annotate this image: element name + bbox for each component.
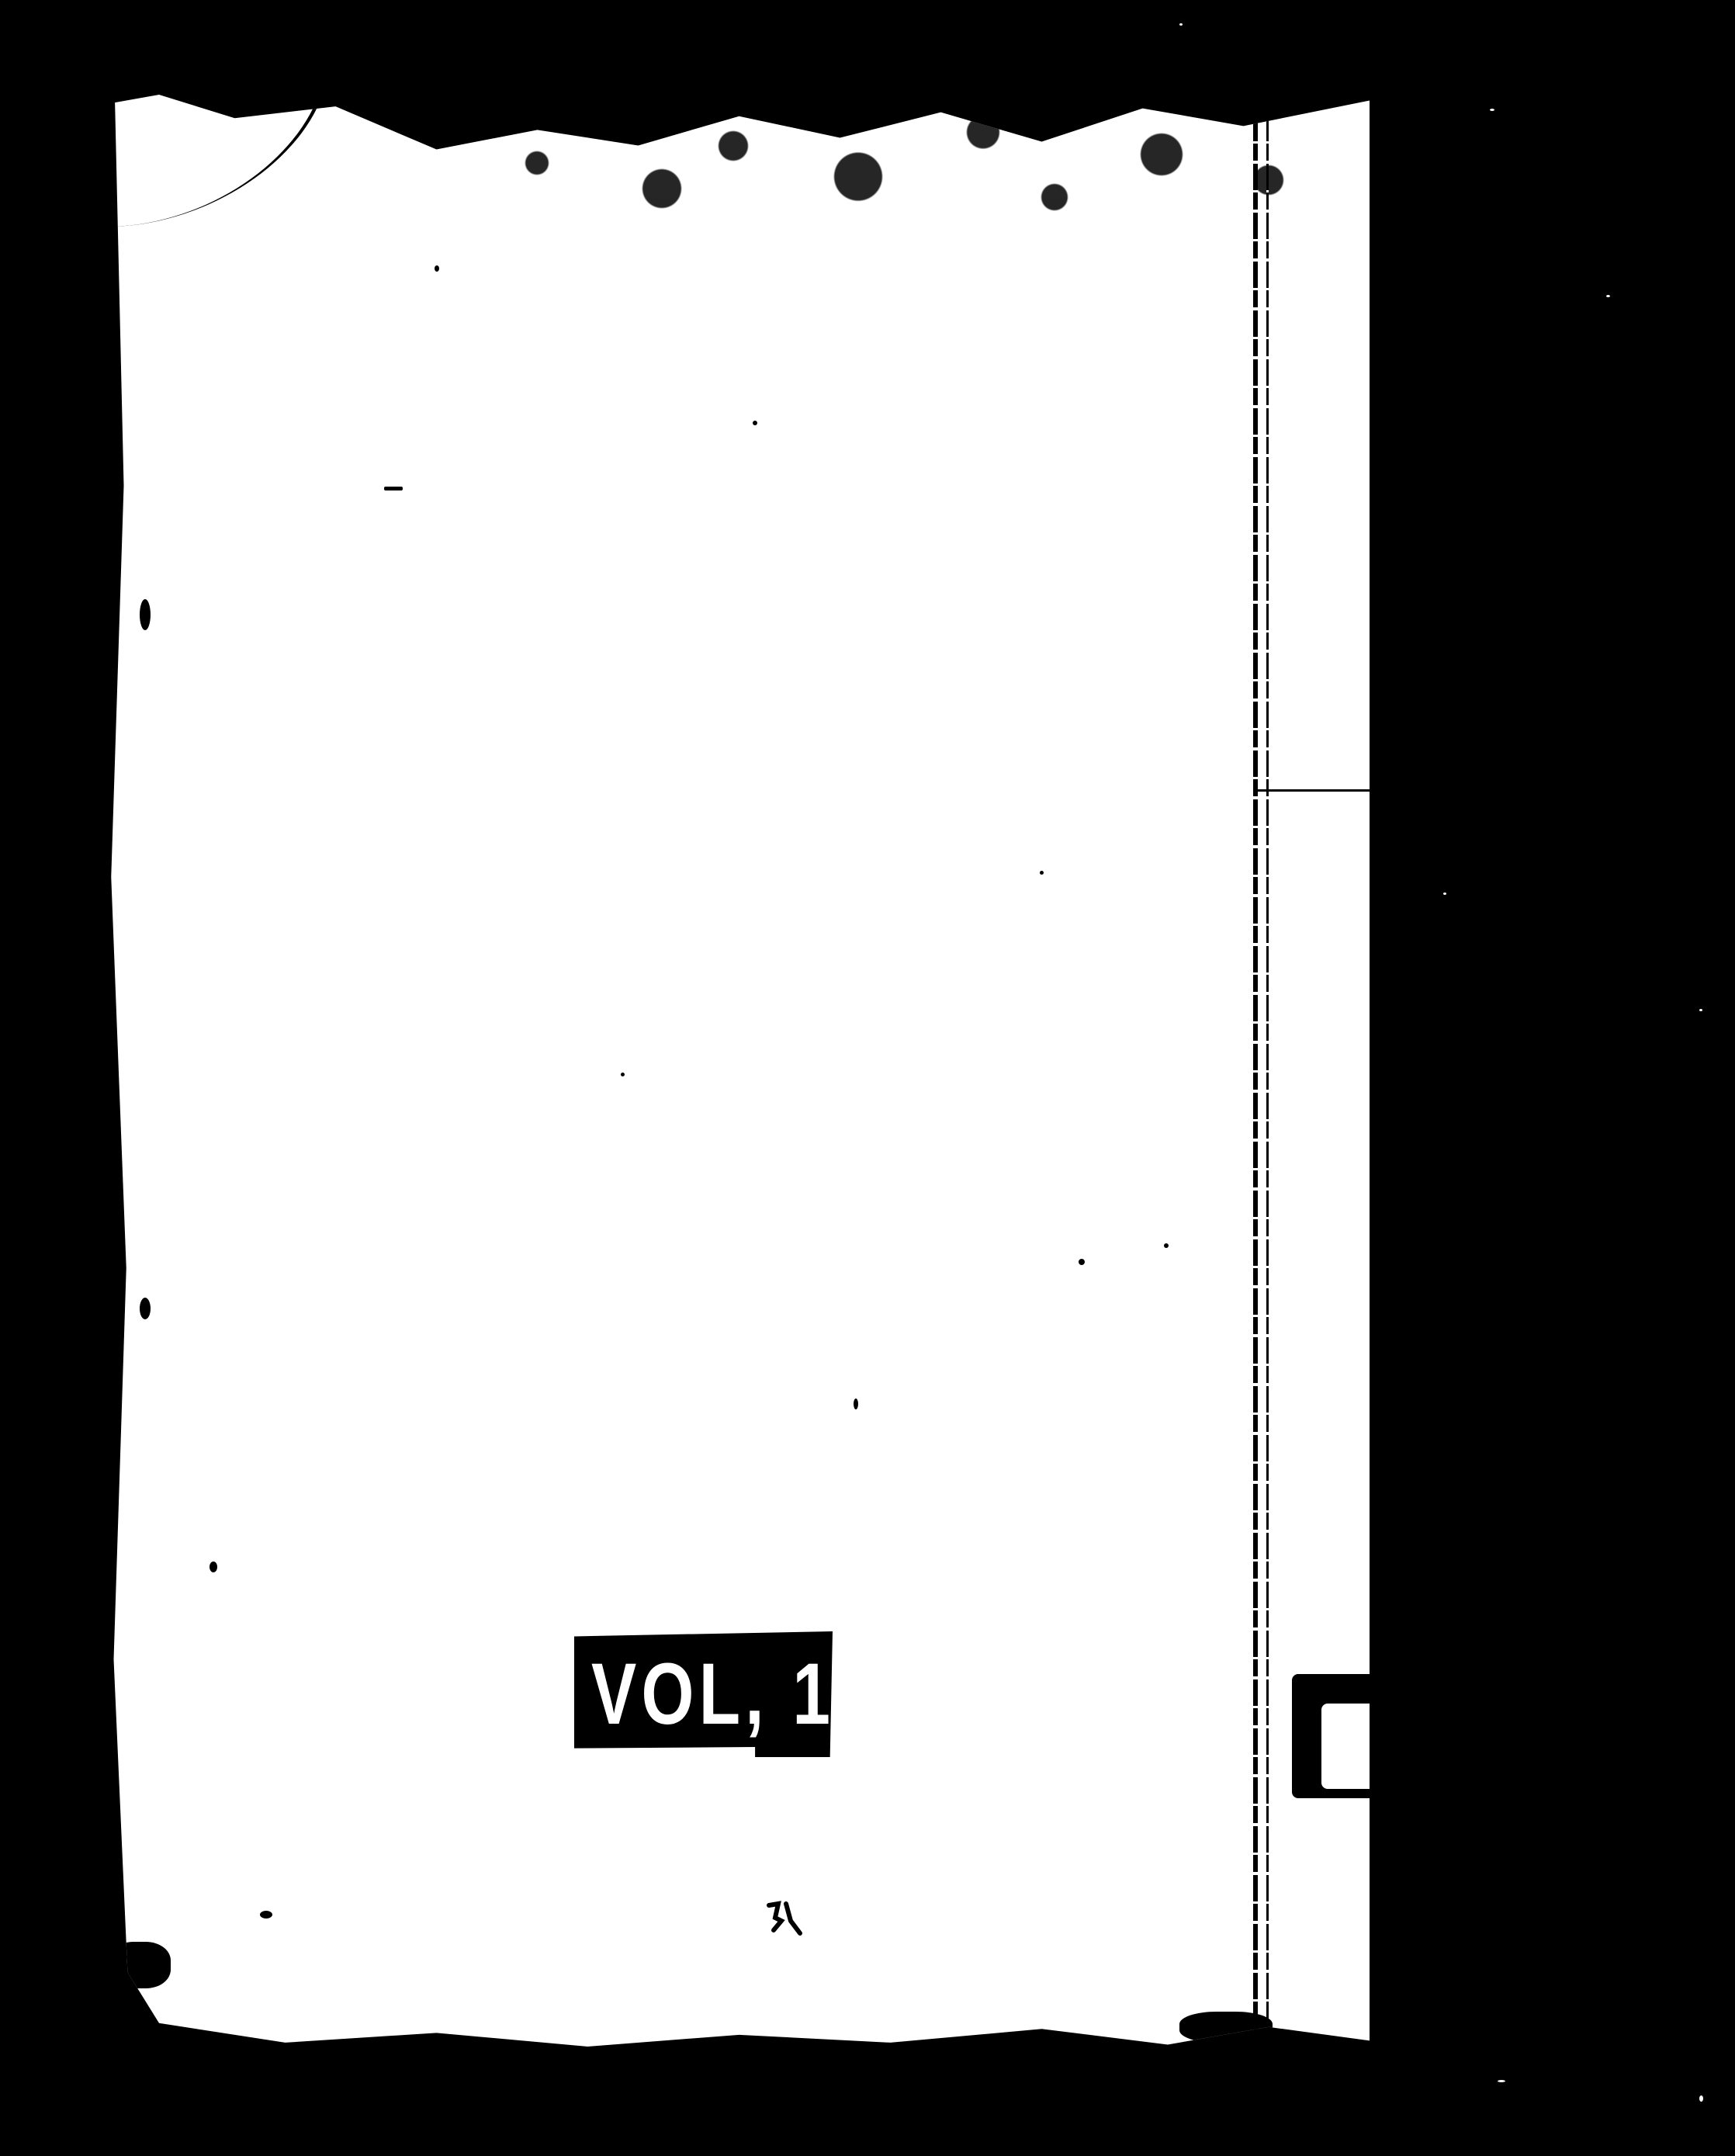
- top-edge-damage: [466, 95, 1358, 265]
- spine-fold-line-secondary: [1266, 95, 1269, 2050]
- spine-label: [1292, 1674, 1370, 1798]
- corner-crease: [108, 95, 323, 227]
- handwritten-mark: [764, 1899, 811, 1938]
- volume-label-text: VOL, 1: [591, 1651, 835, 1738]
- spine-tear: [1257, 789, 1370, 792]
- volume-label: VOL, 1: [574, 1631, 833, 1757]
- book-cover: VOL, 1: [109, 95, 1370, 2050]
- spine-label-paper: [1321, 1704, 1370, 1789]
- spine-fold-line: [1253, 95, 1258, 2050]
